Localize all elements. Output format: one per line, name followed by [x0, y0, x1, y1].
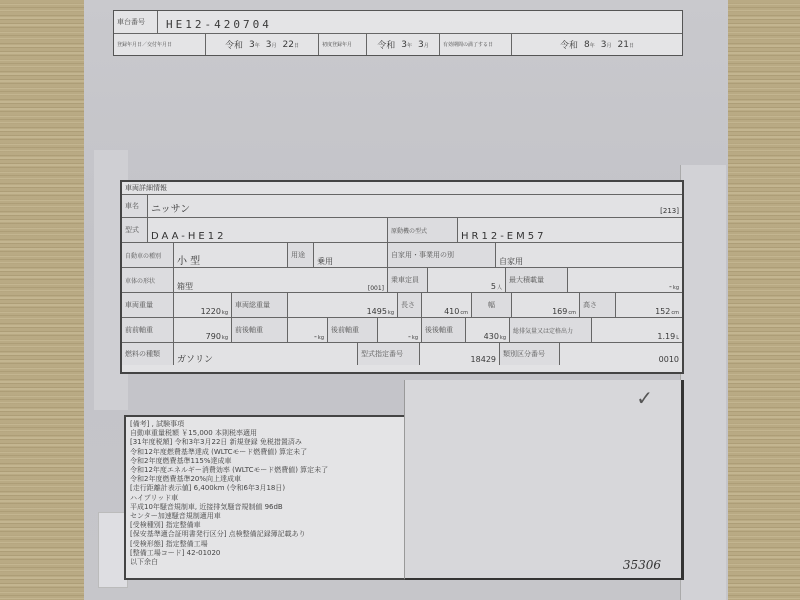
expiry-label: 有効期間の満了する日: [440, 34, 512, 55]
rear-rear-axle-value: 430kg: [466, 318, 510, 342]
first-registration-label: 初度登録年月: [319, 34, 367, 55]
remarks-line: 以下余白: [130, 558, 403, 567]
month: 3月: [266, 40, 277, 50]
capacity-value: 5人: [428, 268, 506, 292]
vehicle-spec-table: 車両詳細情報 車名 ニッサン [213] 型式 DAA-HE12 原動機の型式 …: [120, 180, 684, 374]
capacity-label: 乗車定員: [388, 268, 428, 292]
year: 8年: [584, 40, 595, 50]
rear-front-axle-label: 後前軸重: [328, 318, 378, 342]
remarks-line: [備考] , 試験事項: [130, 420, 403, 429]
length-label: 長さ: [398, 293, 422, 317]
gross-weight-label: 車両総重量: [232, 293, 288, 317]
model-value: DAA-HE12: [148, 218, 388, 242]
remarks-line: ハイブリッド車: [130, 494, 403, 503]
section-title: 車両詳細情報: [122, 182, 682, 195]
front-front-axle-value: 790kg: [174, 318, 232, 342]
front-rear-axle-value: -kg: [288, 318, 328, 342]
month: 3月: [418, 40, 429, 50]
month: 3月: [601, 40, 612, 50]
displacement-value: 1.19L: [592, 318, 682, 342]
chassis-number: HE12-420704: [158, 11, 272, 33]
weight-value: 1220kg: [174, 293, 232, 317]
era: 令和: [377, 38, 395, 51]
private-business-label: 自家用・事業用の別: [388, 243, 496, 267]
engine-label: 原動機の型式: [388, 218, 458, 242]
vehicle-type-label: 自動車の種別: [122, 243, 174, 267]
handwritten-number: 35306: [623, 558, 661, 572]
body-cell: 箱型 [001]: [174, 268, 388, 292]
day: 21日: [618, 40, 634, 50]
remarks-lines: [備考] , 試験事項自動車重量税額 ￥15,000 本則税率適用[31年度税額…: [130, 420, 403, 567]
remarks-line: [走行距離計表示値] 6,400km (令和6年3月18日): [130, 484, 403, 493]
type-designation-label: 型式指定番号: [358, 343, 420, 365]
blank-panel: ✓ 35306: [404, 380, 684, 580]
registration-strip: 車台番号 HE12-420704 登録年月日／交付年月日 令和 3年 3月 22…: [113, 10, 683, 56]
remarks-line: [受検形態] 指定整備工場: [130, 540, 403, 549]
remarks-line: センター加速騒音規制適用車: [130, 512, 403, 521]
displacement-label: 総排気量又は定格出力: [510, 318, 592, 342]
model-label: 型式: [122, 218, 148, 242]
maker-cell: ニッサン [213]: [148, 195, 682, 217]
year: 3年: [249, 40, 260, 50]
holder-flap-right: [680, 165, 726, 600]
maker-code: [213]: [660, 207, 679, 215]
era: 令和: [225, 38, 243, 51]
body-code: [001]: [368, 285, 384, 292]
remarks-line: 平成10年騒音規制車, 近接排気騒音規制値 96dB: [130, 503, 403, 512]
max-load-label: 最大積載量: [506, 268, 568, 292]
vehicle-type-value: 小 型: [174, 243, 288, 267]
registration-date: 令和 3年 3月 22日: [206, 34, 319, 55]
maker-value: ニッサン: [151, 200, 190, 215]
private-business-value: 自家用: [496, 243, 682, 267]
fuel-label: 燃料の種類: [122, 343, 174, 365]
checkmark-icon: ✓: [636, 386, 653, 410]
category-label: 類別区分番号: [500, 343, 560, 365]
remarks-line: 令和12年度エネルギー消費効率 (WLTCモード燃費値) 算定未了: [130, 466, 403, 475]
rear-front-axle-value: -kg: [378, 318, 422, 342]
category-value: 0010: [560, 343, 682, 365]
weight-label: 車両重量: [122, 293, 174, 317]
rear-rear-axle-label: 後後軸重: [422, 318, 466, 342]
day: 22日: [283, 40, 299, 50]
registration-date-label: 登録年月日／交付年月日: [114, 34, 206, 55]
width-value: 169cm: [512, 293, 580, 317]
front-front-axle-label: 前前軸重: [122, 318, 174, 342]
fuel-value: ガソリン: [174, 343, 358, 365]
remarks-box: [備考] , 試験事項自動車重量税額 ￥15,000 本則税率適用[31年度税額…: [124, 415, 409, 580]
maker-label: 車名: [122, 195, 148, 217]
era: 令和: [560, 38, 578, 51]
type-designation-value: 18429: [420, 343, 500, 365]
height-label: 高さ: [580, 293, 616, 317]
remarks-line: 令和2年度燃費基準115%達成車: [130, 457, 403, 466]
remarks-line: [保安基準適合証明書発行区分] 点検整備記録簿記載あり: [130, 530, 403, 539]
remarks-line: 令和12年度燃費基準達成 (WLTCモード燃費値) 算定未了: [130, 448, 403, 457]
front-rear-axle-label: 前後軸重: [232, 318, 288, 342]
body-label: 車体の形状: [122, 268, 174, 292]
use-label: 用途: [288, 243, 314, 267]
max-load-value: -kg: [568, 268, 682, 292]
length-value: 410cm: [422, 293, 472, 317]
width-label: 幅: [472, 293, 512, 317]
year: 3年: [401, 40, 412, 50]
first-registration-date: 令和 3年 3月: [367, 34, 440, 55]
body-value: 箱型: [177, 281, 193, 292]
gross-weight-value: 1495kg: [288, 293, 398, 317]
engine-value: HR12-EM57: [458, 218, 682, 242]
remarks-line: [31年度税額] 令和3年3月22日 新規登録 免税措置済み: [130, 438, 403, 447]
expiry-date: 令和 8年 3月 21日: [512, 34, 682, 55]
remarks-line: [整備工場コード] 42-01020: [130, 549, 403, 558]
use-value: 乗用: [314, 243, 388, 267]
height-value: 152cm: [616, 293, 682, 317]
chassis-label: 車台番号: [114, 11, 158, 33]
